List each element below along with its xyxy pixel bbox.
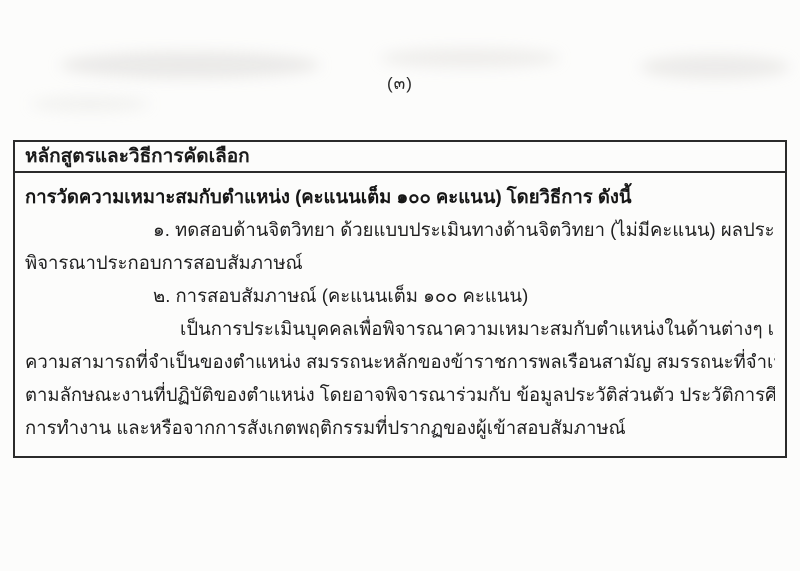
section-body: การวัดความเหมาะสมกับตำแหน่ง (คะแนนเต็ม ๑…: [15, 173, 785, 444]
scan-smudge: [30, 96, 150, 112]
body-line-assessment-intro: การวัดความเหมาะสมกับตำแหน่ง (คะแนนเต็ม ๑…: [25, 180, 775, 213]
body-line-paragraph-start: เป็นการประเมินบุคคลเพื่อพิจารณาความเหมาะ…: [25, 312, 775, 345]
body-line-paragraph-2: ความสามารถที่จำเป็นของตำแหน่ง สมรรถนะหลั…: [25, 345, 775, 378]
scan-smudge: [380, 48, 560, 68]
selection-criteria-box: หลักสูตรและวิธีการคัดเลือก การวัดความเหม…: [13, 140, 787, 458]
body-line-item-2: ๒. การสอบสัมภาษณ์ (คะแนนเต็ม ๑๐๐ คะแนน): [25, 279, 775, 312]
body-line-item-1: ๑. ทดสอบด้านจิตวิทยา ด้วยแบบประเมินทางด้…: [25, 213, 775, 246]
body-line-paragraph-4: การทำงาน และหรือจากการสังเกตพฤติกรรมที่ป…: [25, 411, 775, 444]
body-line-paragraph-3: ตามลักษณะงานที่ปฏิบัติของตำแหน่ง โดยอาจพ…: [25, 378, 775, 411]
page-number: (๓): [0, 70, 800, 97]
section-header-title: หลักสูตรและวิธีการคัดเลือก: [15, 142, 785, 173]
body-line-item-1-continued: พิจารณาประกอบการสอบสัมภาษณ์: [25, 246, 775, 279]
scanned-document-page: { "page": { "number_label": "(๓)" }, "bo…: [0, 0, 800, 571]
